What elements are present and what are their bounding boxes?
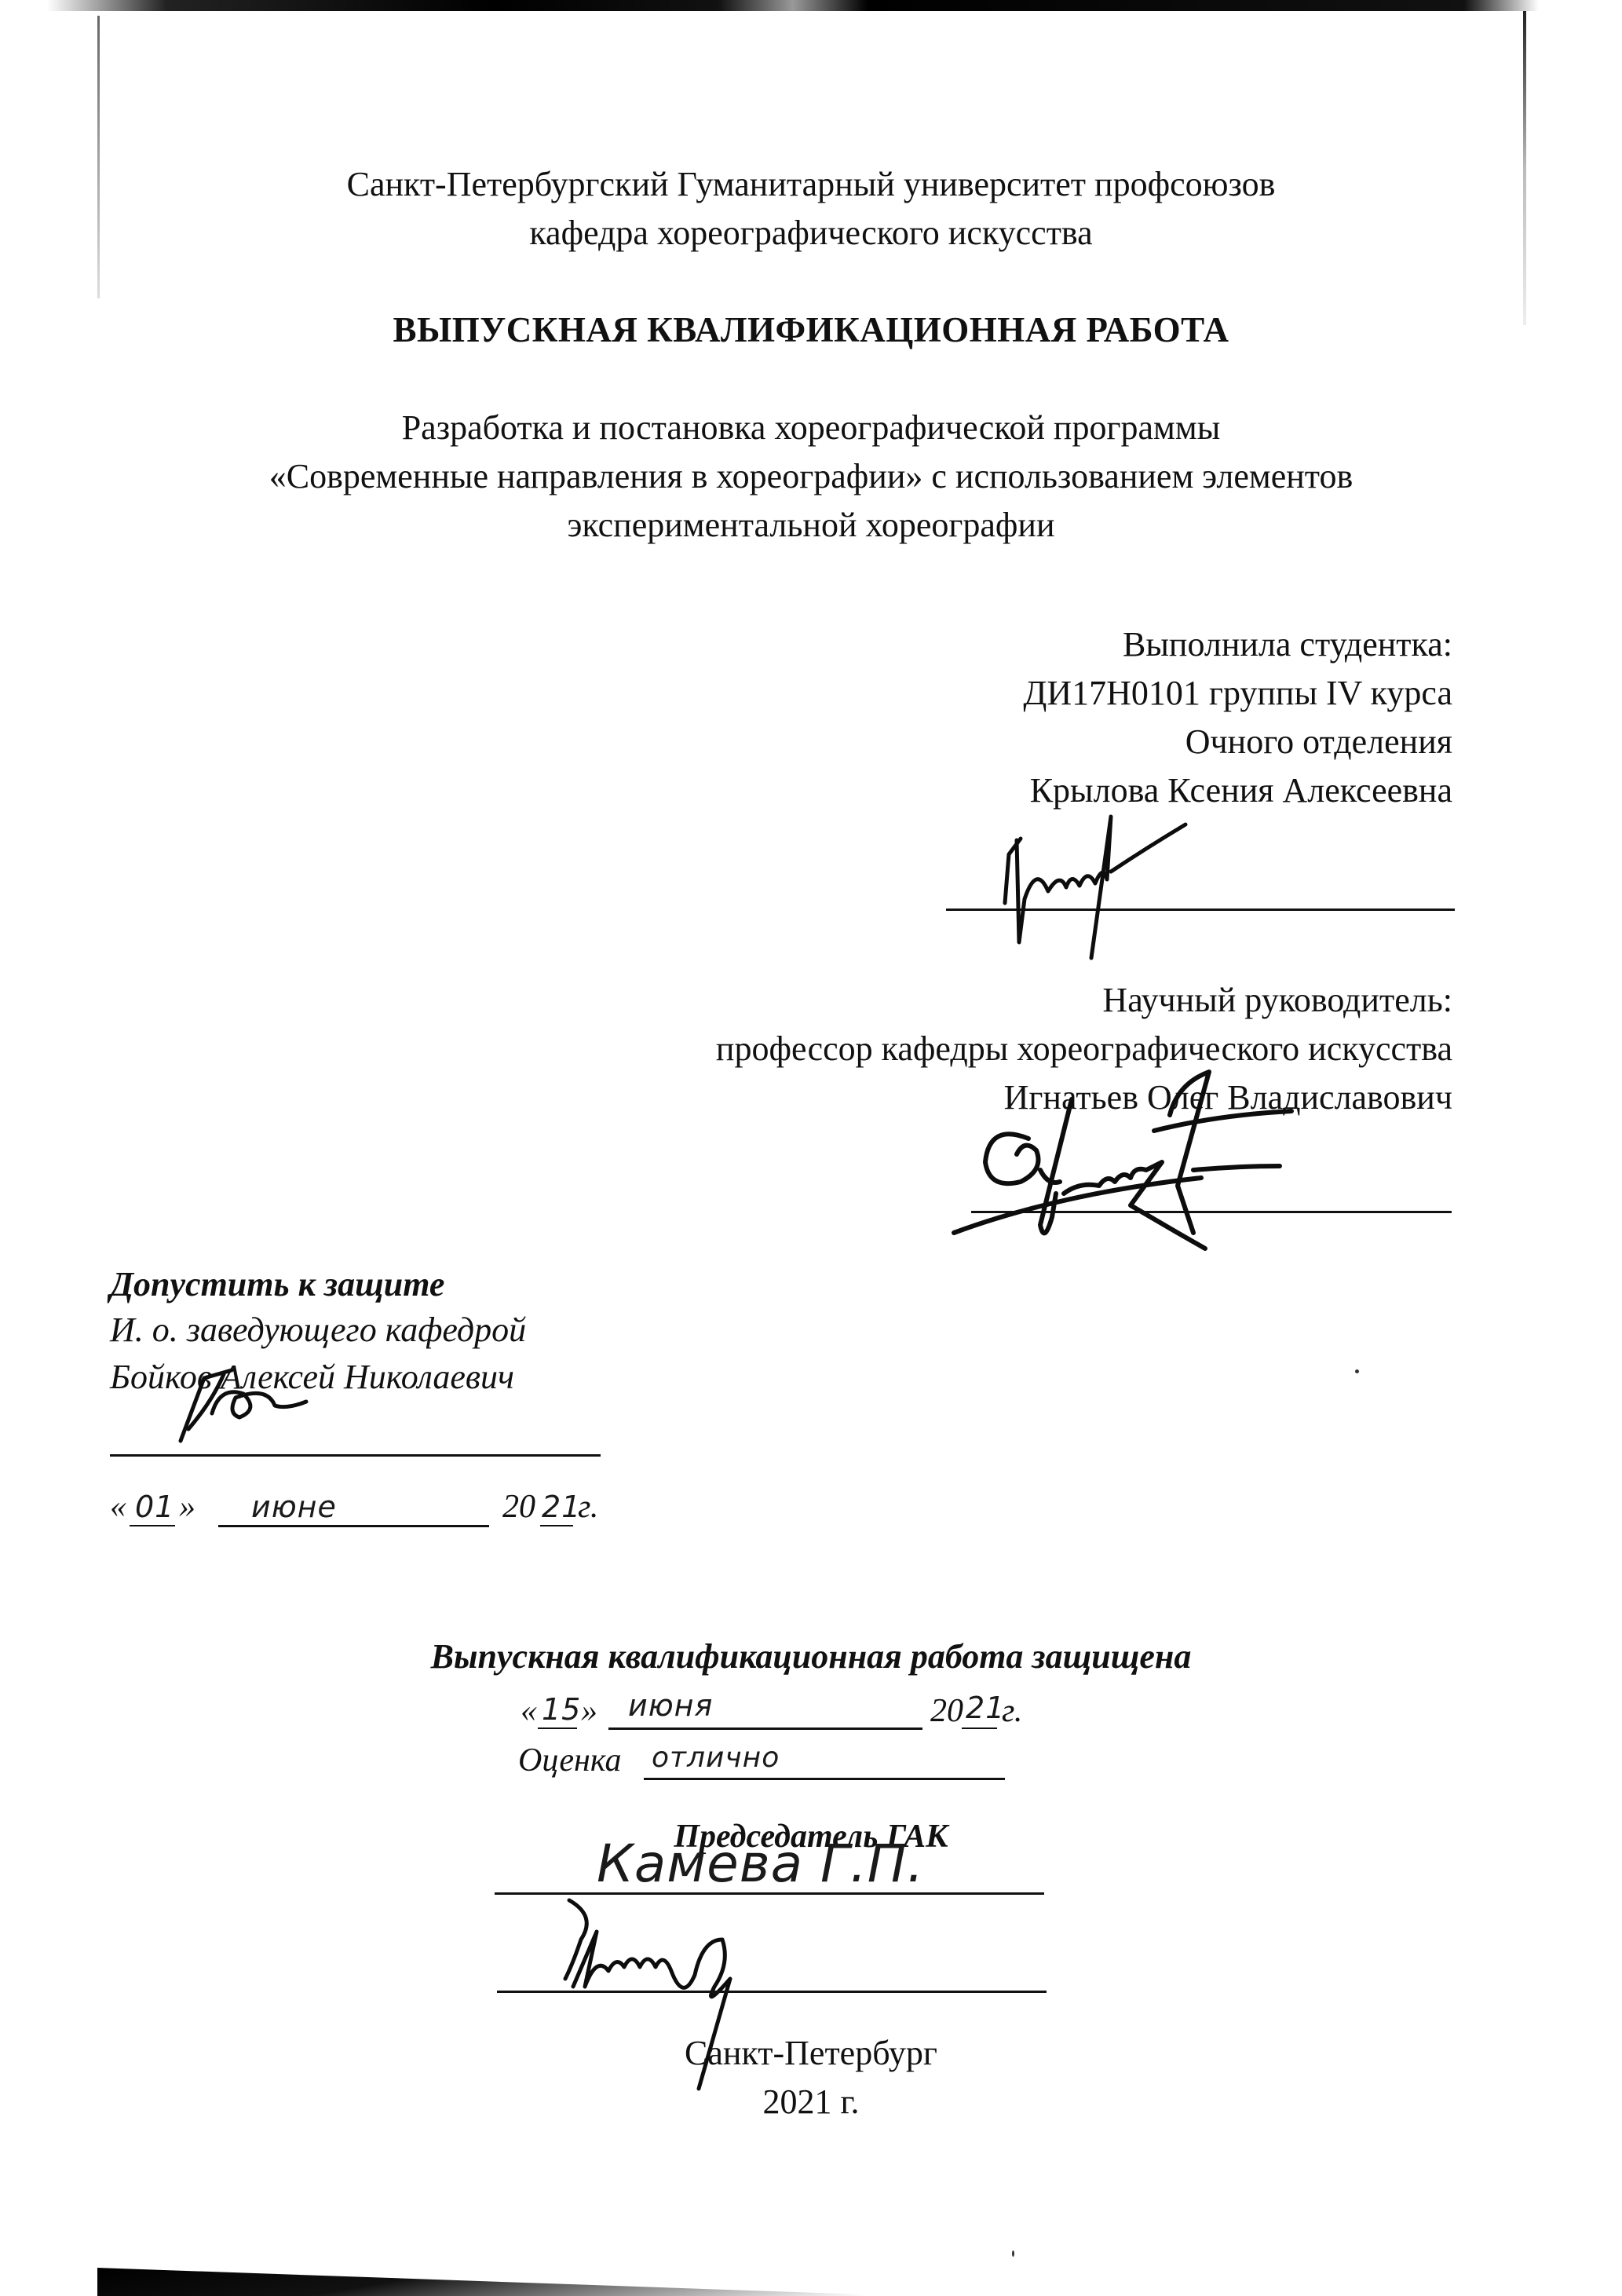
defense-date-day[interactable]: 15: [542, 1692, 581, 1727]
admission-date-year-unit: г.: [578, 1488, 598, 1526]
student-group: ДИ17Н0101 группы IV курса: [1023, 673, 1452, 713]
city: Санкт-Петербург: [0, 2036, 1622, 2071]
defense-date-open-quote: «: [521, 1692, 537, 1730]
admission-date-day[interactable]: 01: [135, 1490, 174, 1524]
admission-day-underline: [130, 1525, 175, 1526]
defense-date-year-prefix: 20: [930, 1692, 963, 1730]
department-name: кафедра хореографического искусства: [0, 216, 1622, 250]
admission-date-year-prefix: 20: [502, 1488, 535, 1526]
admission-title: Допустить к защите: [110, 1264, 444, 1304]
defense-date-year-suffix[interactable]: 21: [966, 1691, 1005, 1725]
admission-date-month[interactable]: июне: [251, 1490, 337, 1524]
defense-date-month[interactable]: июня: [628, 1688, 713, 1723]
admission-date-open-quote: «: [110, 1488, 126, 1526]
scan-edge-left: [97, 16, 100, 298]
student-study-form: Очного отделения: [1185, 722, 1452, 762]
admission-year-underline: [540, 1525, 573, 1526]
defense-month-underline: [608, 1727, 922, 1730]
chair-signature-line: [497, 1991, 1047, 1993]
admission-month-underline: [218, 1525, 489, 1527]
admission-date-close-quote: »: [179, 1488, 195, 1526]
student-signature: [974, 762, 1225, 966]
grade-label: Оценка: [518, 1742, 621, 1779]
grade-value[interactable]: отлично: [652, 1742, 780, 1774]
defense-title: Выпускная квалификационная работа защище…: [0, 1640, 1622, 1674]
scan-speck: [1355, 1369, 1359, 1373]
scan-edge-bottom: [97, 2268, 867, 2296]
defense-date-close-quote: »: [581, 1692, 597, 1730]
admission-date-year-suffix[interactable]: 21: [542, 1490, 581, 1524]
topic-line-2: «Современные направления в хореографии» …: [0, 459, 1622, 494]
topic-line-1: Разработка и постановка хореографической…: [0, 411, 1622, 445]
admission-role: И. о. заведующего кафедрой: [110, 1310, 526, 1350]
scan-edge-top: [47, 0, 1539, 11]
scan-speck: [1012, 2250, 1014, 2257]
chair-name[interactable]: Камева Г.П.: [597, 1834, 924, 1894]
defense-date-year-unit: г.: [1002, 1692, 1022, 1730]
chair-signature: [550, 1892, 832, 2104]
defense-day-underline: [538, 1727, 577, 1729]
grade-underline: [644, 1778, 1005, 1780]
year: 2021 г.: [0, 2085, 1622, 2119]
title-page: Санкт-Петербургский Гуманитарный универс…: [0, 0, 1622, 2296]
defense-year-underline: [962, 1727, 997, 1729]
university-name: Санкт-Петербургский Гуманитарный универс…: [0, 167, 1622, 202]
supervisor-position: профессор кафедры хореографического иску…: [716, 1029, 1452, 1069]
document-type-title: ВЫПУСКНАЯ КВАЛИФИКАЦИОННАЯ РАБОТА: [0, 313, 1622, 348]
supervisor-signature: [942, 1068, 1539, 1272]
supervisor-label: Научный руководитель:: [1102, 980, 1452, 1020]
student-label: Выполнила студентка:: [1123, 624, 1452, 664]
head-signature: [157, 1355, 377, 1449]
admission-signature-line: [110, 1454, 601, 1457]
topic-line-3: экспериментальной хореографии: [0, 508, 1622, 543]
